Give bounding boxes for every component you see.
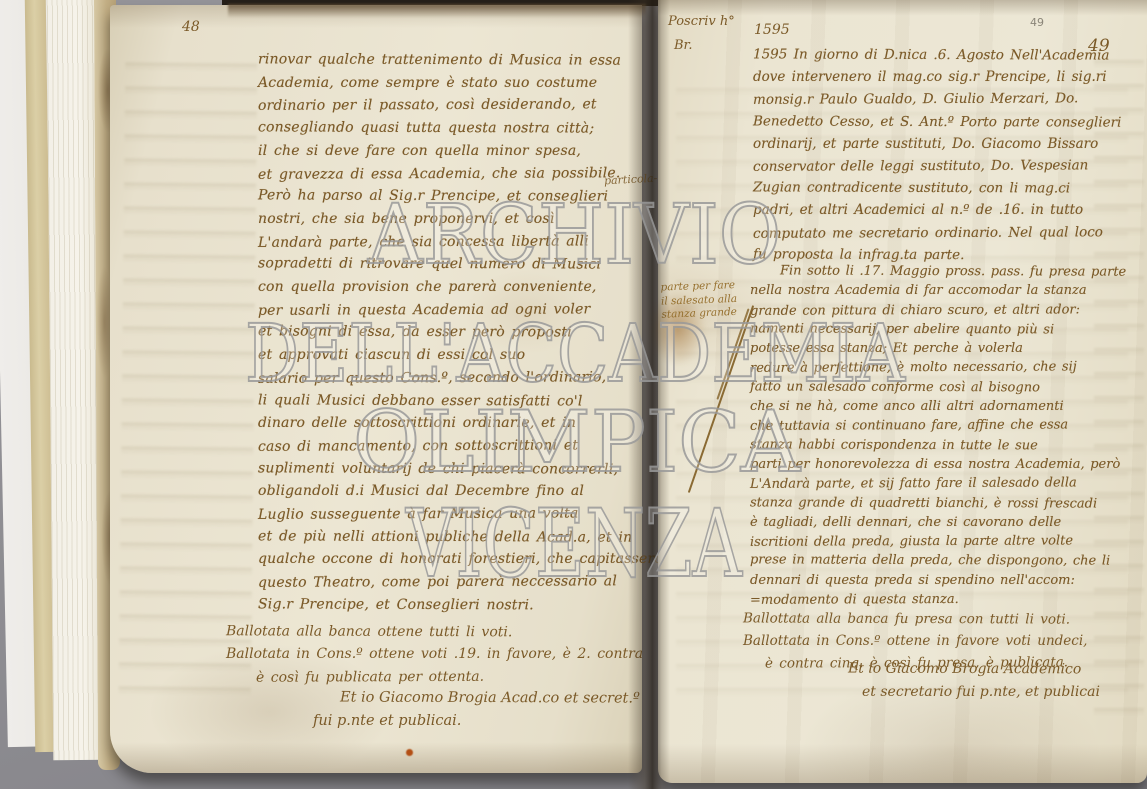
manuscript-line: et de più nelli attioni publiche della A… [258,525,636,549]
top-edge-smudge [228,4,646,18]
manuscript-line: dinaro delle sottoscrittioni ordinarie, … [258,412,636,435]
manuscript-line: è tagliadi, delli dennari, che si cavora… [750,513,1136,532]
manuscript-line: ordinario per il passato, così desideran… [258,94,636,118]
header-annotation: Poscriv h° [668,14,735,29]
manuscript-line: dennari di questa preda si spendino nell… [750,571,1136,590]
margin-note: parte per fareil salesato allastanza gra… [660,278,753,322]
binding-gutter-shadow [628,0,670,789]
folio-number-pencil: 49 [1030,16,1044,29]
body-text-left: rinovar qualche trattenimento di Musica … [258,49,636,617]
manuscript-line: nella nostra Academia di far accomodar l… [750,281,1136,300]
margin-note-line: parte per fare [660,279,752,295]
manuscript-line: et approvati ciascun di essi col suo [258,344,636,367]
manuscript-line: computato me secretario ordinario. Nel q… [753,221,1135,245]
ballot-record-left: Ballotata alla banca ottene tutti li vot… [226,621,643,688]
manuscript-line: suplimenti voluntarij de chi piacerà con… [258,457,636,481]
ballot-line: Ballottata alla banca fu presa con tutti… [743,607,1088,630]
header-annotation-2: Br. [674,38,692,53]
manuscript-line: Luglio susseguente à far Musica una volt… [258,502,636,526]
manuscript-line: namenti necessarij, per abelire quanto p… [750,319,1136,340]
body-text-right-meeting: 1595 In giorno di D.nica .6. Agosto Nell… [753,44,1135,266]
signature-line: Et io Giacomo Brogia Acad.co et secret.º [313,686,640,710]
manuscript-line: dove intervenero il mag.co sig.r Prencip… [753,66,1135,88]
show-through-text-left [119,62,258,703]
signature-line: fui p.nte et publicai. [313,710,640,733]
body-text-right-resolution: Fin sotto li .17. Maggio pross. pass. fu… [750,262,1136,609]
manuscript-line: et gravezza di essa Academia, che sia po… [258,162,636,186]
ballot-line: Ballottata in Cons.º ottene in favore vo… [743,630,1087,652]
manuscript-line: qualche occone di honorati forestieri, c… [258,548,636,571]
ballot-line: Ballotata in Cons.º ottene voti .19. in … [226,643,643,665]
manuscript-line: consegliando quasi tutta questa nostra c… [258,116,636,140]
manuscript-line: Però ha parso al Sig.r Prencipe, et cons… [258,185,636,209]
right-page: Poscriv h° Br. 1595 49 49 1595 In giorno… [658,0,1147,783]
manuscript-line: L'Andarà parte, et sij fatto fare il sal… [750,473,1136,494]
manuscript-line: et bisogni di essa, da esser però propos… [258,321,636,345]
secretary-signature-left: Et io Giacomo Brogia Acad.co et secret.º… [313,687,640,733]
ballot-line: Ballotata alla banca ottene tutti li vot… [226,620,643,644]
manuscript-line: Fin sotto li .17. Maggio pross. pass. fu… [750,261,1136,282]
manuscript-line: con quella provision che parerà convenie… [258,276,636,299]
manuscript-line: Academia, come sempre è stato suo costum… [258,72,636,95]
manuscript-line: padri, et altri Academici al n.º de .16.… [753,199,1135,221]
manuscript-line: monsig.r Paulo Gualdo, D. Giulio Merzari… [753,88,1135,112]
manuscript-line: li quali Musici debbano esser satisfatti… [258,389,636,413]
manuscript-line: stanza habbi corispondenza in tutte le s… [750,435,1136,456]
manuscript-line: parti per honorevolezza di essa nostra A… [750,455,1136,474]
manuscript-line: potesse essa stanza; Et perche à volerla [750,339,1136,358]
manuscript-line: per usarli in questa Academia ad ogni vo… [258,298,636,322]
manuscript-line: Benedetto Cesso, et S. Ant.º Porto parte… [753,110,1135,134]
manuscript-line: 1595 In giorno di D.nica .6. Agosto Nell… [753,43,1135,67]
manuscript-scan: 48 rinovar qualche trattenimento di Musi… [0,0,1147,789]
manuscript-line: stanza grande di quadretti bianchi, è ro… [750,493,1136,514]
manuscript-line: grande con pittura di chiaro scuro, et a… [750,300,1136,321]
manuscript-line: prese in matteria della preda, che dispo… [750,551,1136,572]
manuscript-line: salario per questo Cons.º, secondo l'ord… [258,366,636,390]
signature-line: Et io Giacomo Brogia Academico [848,658,1100,682]
manuscript-line: che si ne hà, come anco alli altri adorn… [750,397,1136,416]
signature-line: et secretario fui p.nte, et publicai [848,681,1100,704]
manuscript-line: il che si deve fare con quella minor spe… [258,140,636,163]
manuscript-line: conservator delle leggi sustituto, Do. V… [753,154,1135,178]
manuscript-line: caso di mancamento, con sottoscrittioni … [258,434,636,458]
manuscript-line: che tuttavia si continuano fare, affine … [750,416,1136,437]
ballot-line: è così fu publicata per ottenta. [226,665,643,689]
manuscript-line: nostri, che sia bene proponervi, et così [258,208,636,231]
manuscript-line: Zugian contradicente sustituto, con li m… [753,177,1135,201]
secretary-signature-right: Et io Giacomo Brogia Academicoet secreta… [848,658,1100,704]
folio-number-left: 48 [182,19,200,35]
manuscript-line: L'andarà parte, che sia concessa libertà… [258,230,636,254]
manuscript-line: redure à perfettione, è molto necessario… [750,358,1136,379]
header-year: 1595 [754,22,790,38]
manuscript-line: obligandoli d.i Musici dal Decembre fino… [258,480,636,503]
manuscript-line: Sig.r Prencipe, et Conseglieri nostri. [258,593,636,617]
manuscript-line: ordinarij, et parte sustituti, Do. Giaco… [753,133,1135,155]
manuscript-line: sopradetti di ritrovare quel numero di M… [258,253,636,277]
manuscript-line: fatto un salesado conforme così al bisog… [750,377,1136,398]
manuscript-line: rinovar qualche trattenimento di Musica … [258,48,636,72]
left-page: 48 rinovar qualche trattenimento di Musi… [110,5,642,773]
manuscript-line: iscritioni della preda, giusta la parte … [750,531,1136,552]
manuscript-line: questo Theatro, come poi parerà neccessa… [258,570,636,594]
ink-stain-dot [406,749,413,756]
